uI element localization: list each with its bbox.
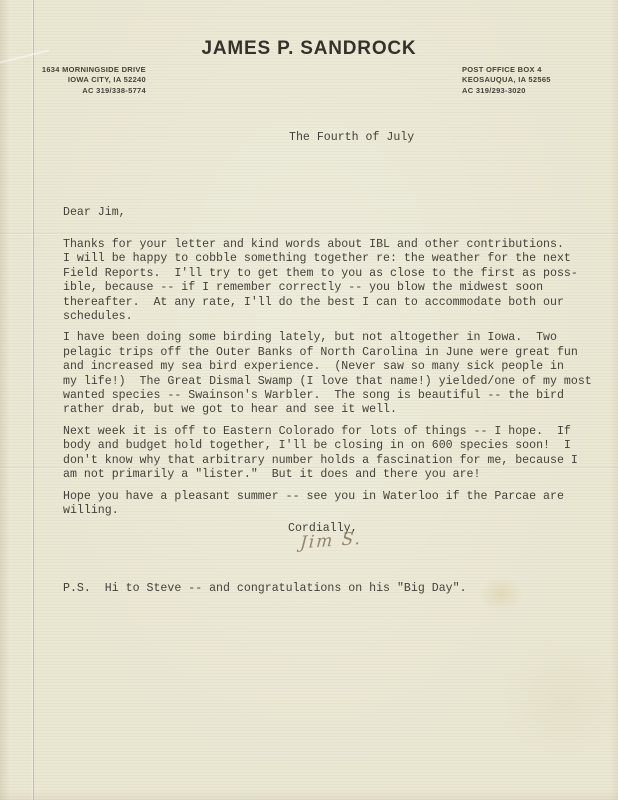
address-line: IOWA CITY, IA 52240 bbox=[37, 75, 146, 85]
letterhead-left-address: 1634 MORNINGSIDE DRIVE IOWA CITY, IA 522… bbox=[37, 65, 146, 96]
body-paragraph: I have been doing some birding lately, b… bbox=[63, 331, 608, 417]
letterhead-name: JAMES P. SANDROCK bbox=[0, 38, 618, 60]
paper-stain bbox=[478, 576, 524, 612]
paper-stain bbox=[500, 640, 618, 760]
address-line: KEOSAUQUA, IA 52565 bbox=[462, 75, 602, 85]
address-line: AC 319/293-3020 bbox=[462, 86, 602, 96]
handwritten-signature: Jim S. bbox=[299, 529, 362, 553]
postscript: P.S. Hi to Steve -- and congratulations … bbox=[63, 582, 467, 596]
letter-body: Thanks for your letter and kind words ab… bbox=[63, 238, 608, 525]
address-line: 1634 MORNINGSIDE DRIVE bbox=[37, 65, 146, 75]
body-paragraph: Hope you have a pleasant summer -- see y… bbox=[63, 490, 608, 519]
letterhead-right-address: POST OFFICE BOX 4 KEOSAUQUA, IA 52565 AC… bbox=[462, 65, 602, 96]
salutation: Dear Jim, bbox=[63, 206, 126, 220]
horizontal-paper-crease bbox=[0, 233, 618, 234]
address-line: AC 319/338-5774 bbox=[37, 86, 146, 96]
letter-scan: JAMES P. SANDROCK 1634 MORNINGSIDE DRIVE… bbox=[0, 0, 618, 800]
body-paragraph: Next week it is off to Eastern Colorado … bbox=[63, 425, 608, 483]
date-line: The Fourth of July bbox=[289, 131, 414, 145]
body-paragraph: Thanks for your letter and kind words ab… bbox=[63, 238, 608, 324]
address-line: POST OFFICE BOX 4 bbox=[462, 65, 602, 75]
vertical-paper-crease bbox=[33, 0, 34, 800]
